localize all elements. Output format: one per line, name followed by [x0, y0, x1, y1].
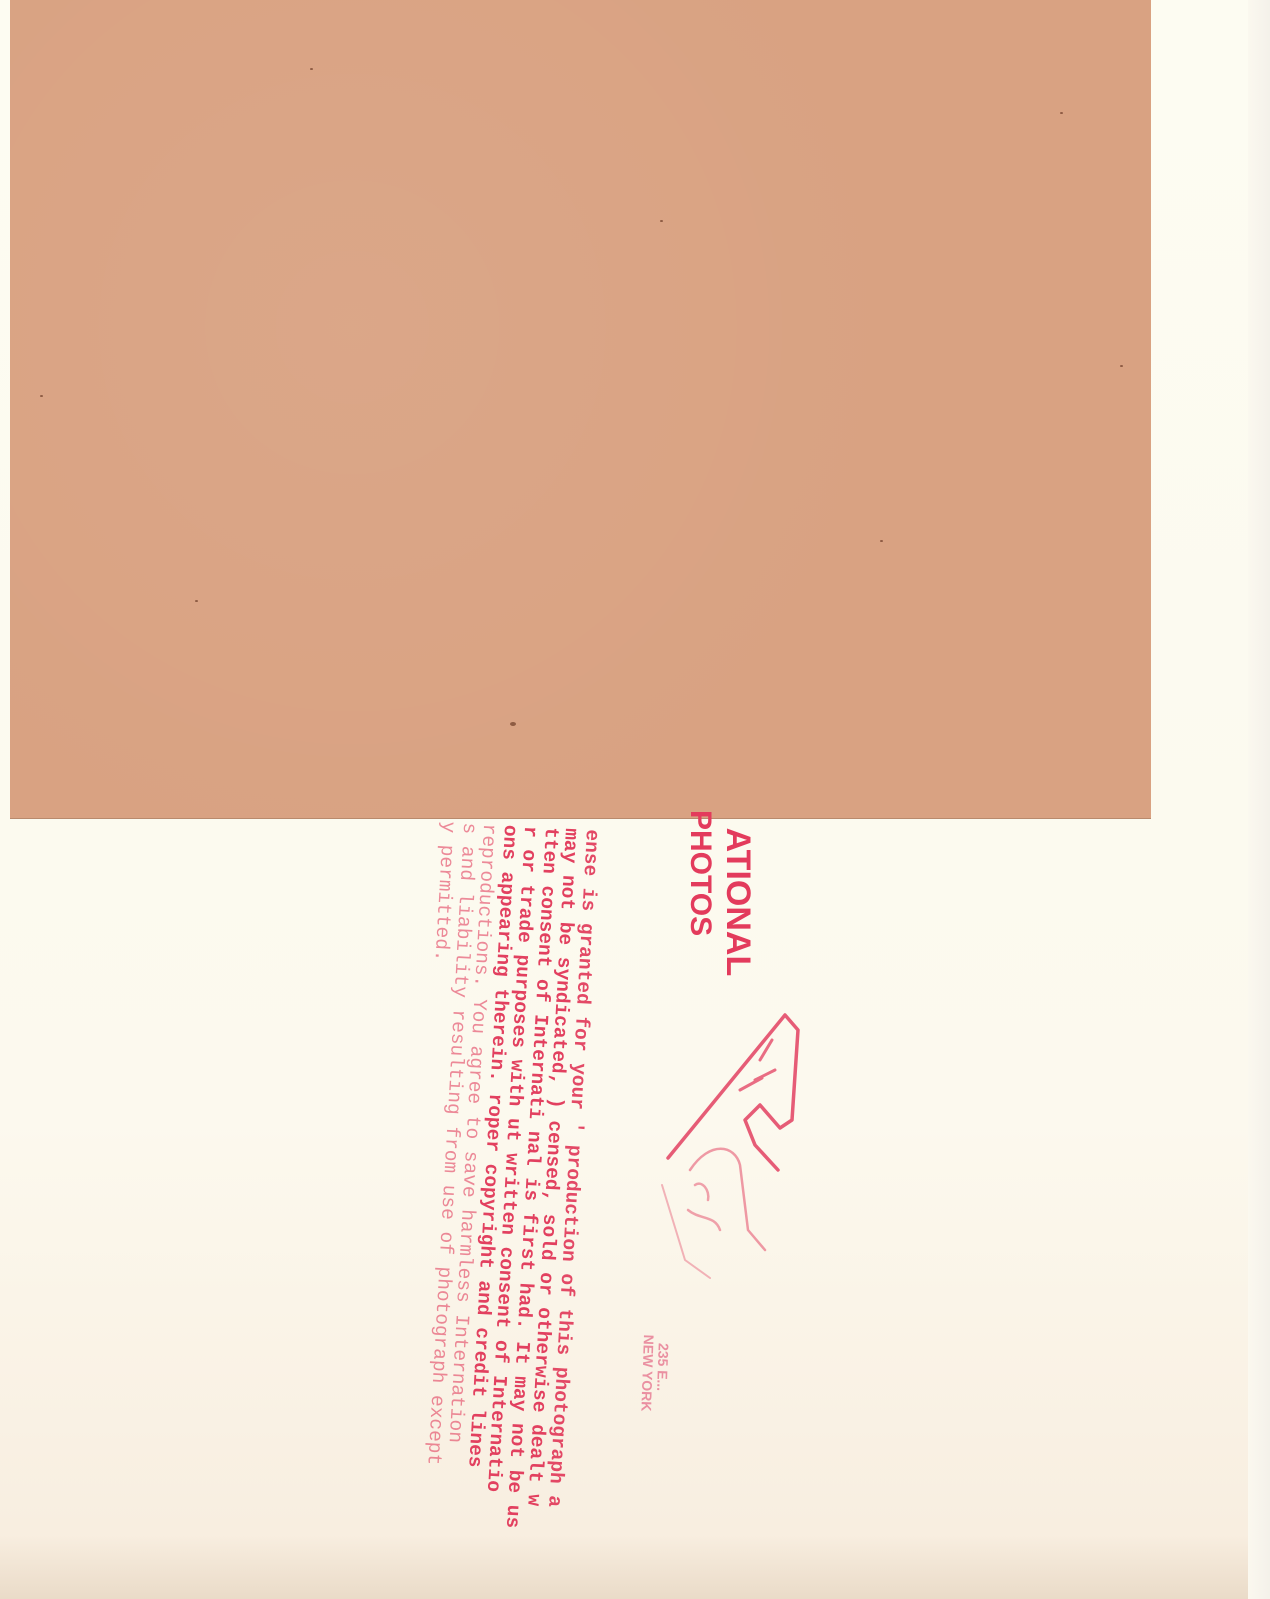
- address-line1: 235 E...: [654, 1343, 672, 1392]
- eagle-head-icon: [640, 980, 800, 1280]
- scan-edge: [1248, 0, 1270, 1599]
- kraft-paper-backing: [10, 0, 1151, 818]
- agency-name-stamp: ATIONAL PHOTOS: [682, 810, 792, 976]
- agency-name-line1: ATIONAL: [719, 828, 757, 977]
- agency-name-line2: PHOTOS: [684, 810, 717, 936]
- agency-address-stamp: 235 E... NEW YORK: [638, 1334, 686, 1412]
- address-line2: NEW YORK: [638, 1334, 657, 1411]
